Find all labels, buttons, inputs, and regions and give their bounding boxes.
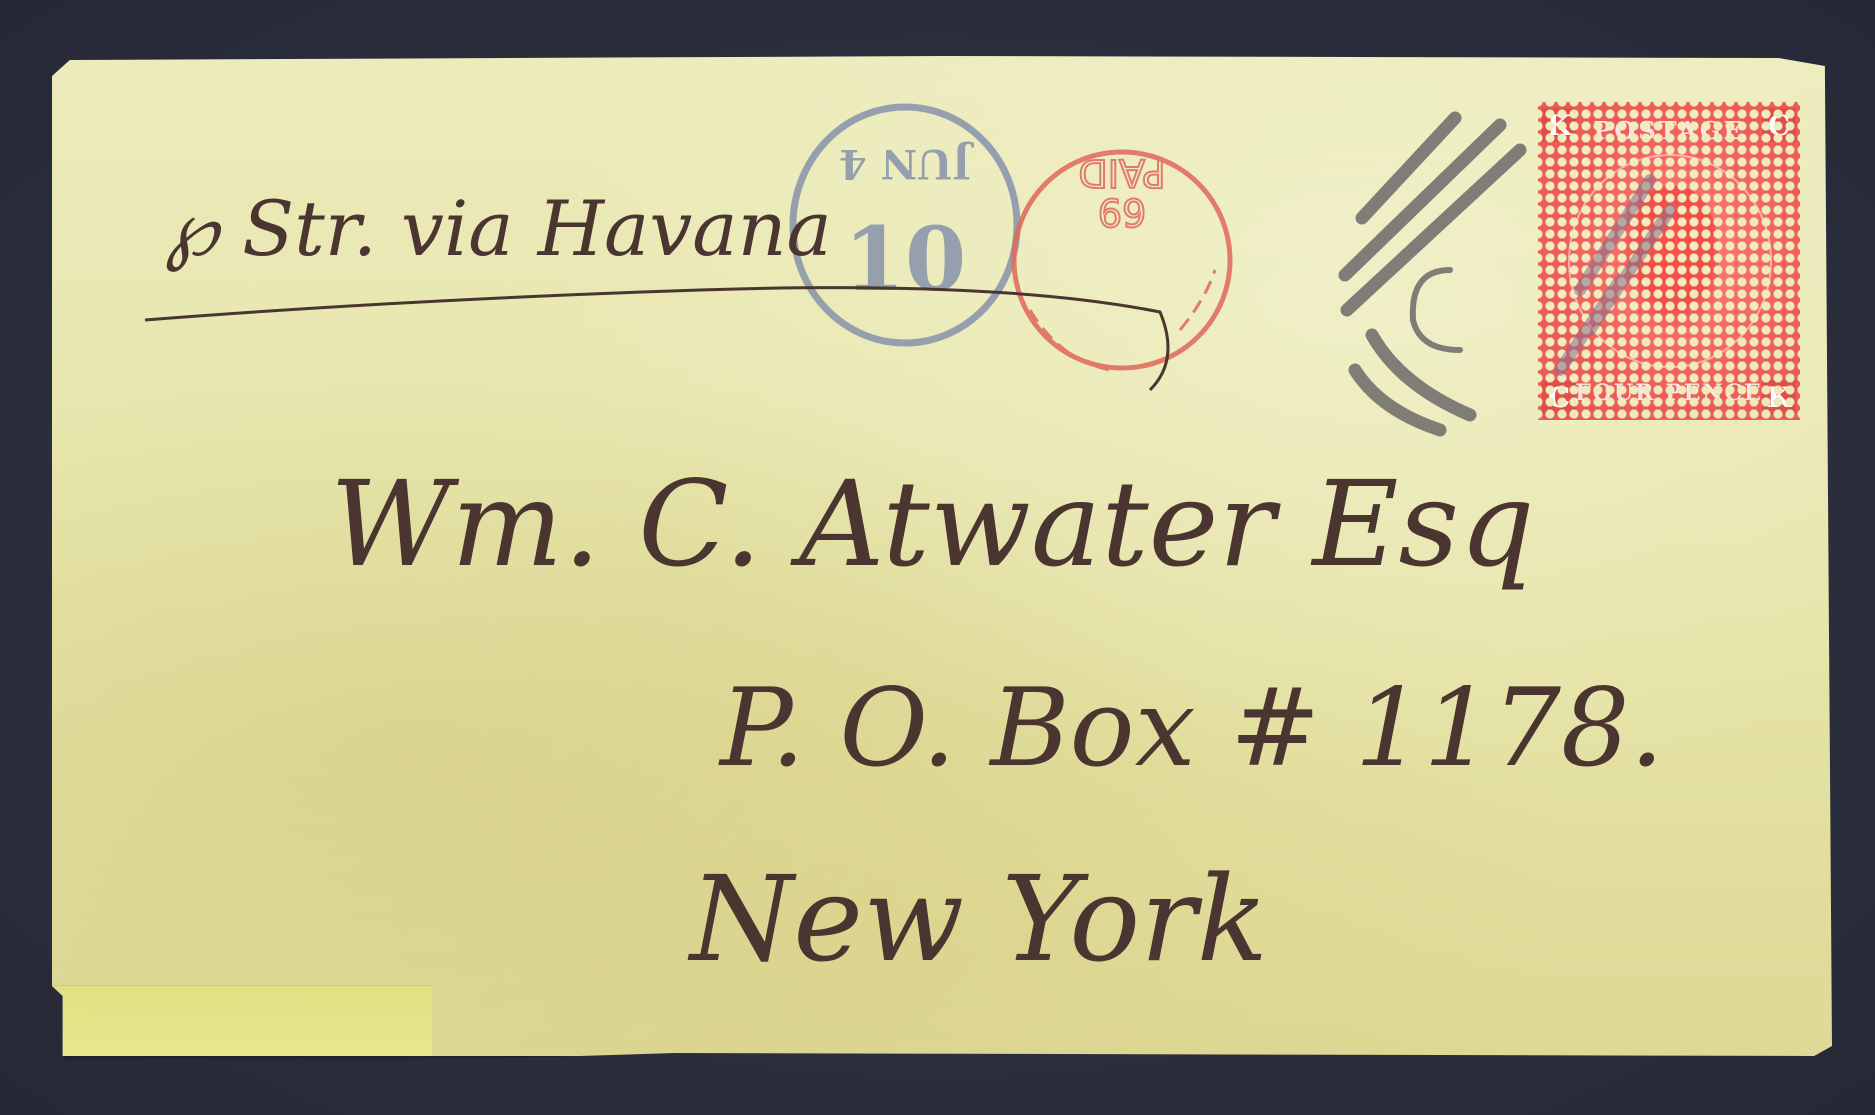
cancel-overlay: [0, 0, 1875, 1115]
